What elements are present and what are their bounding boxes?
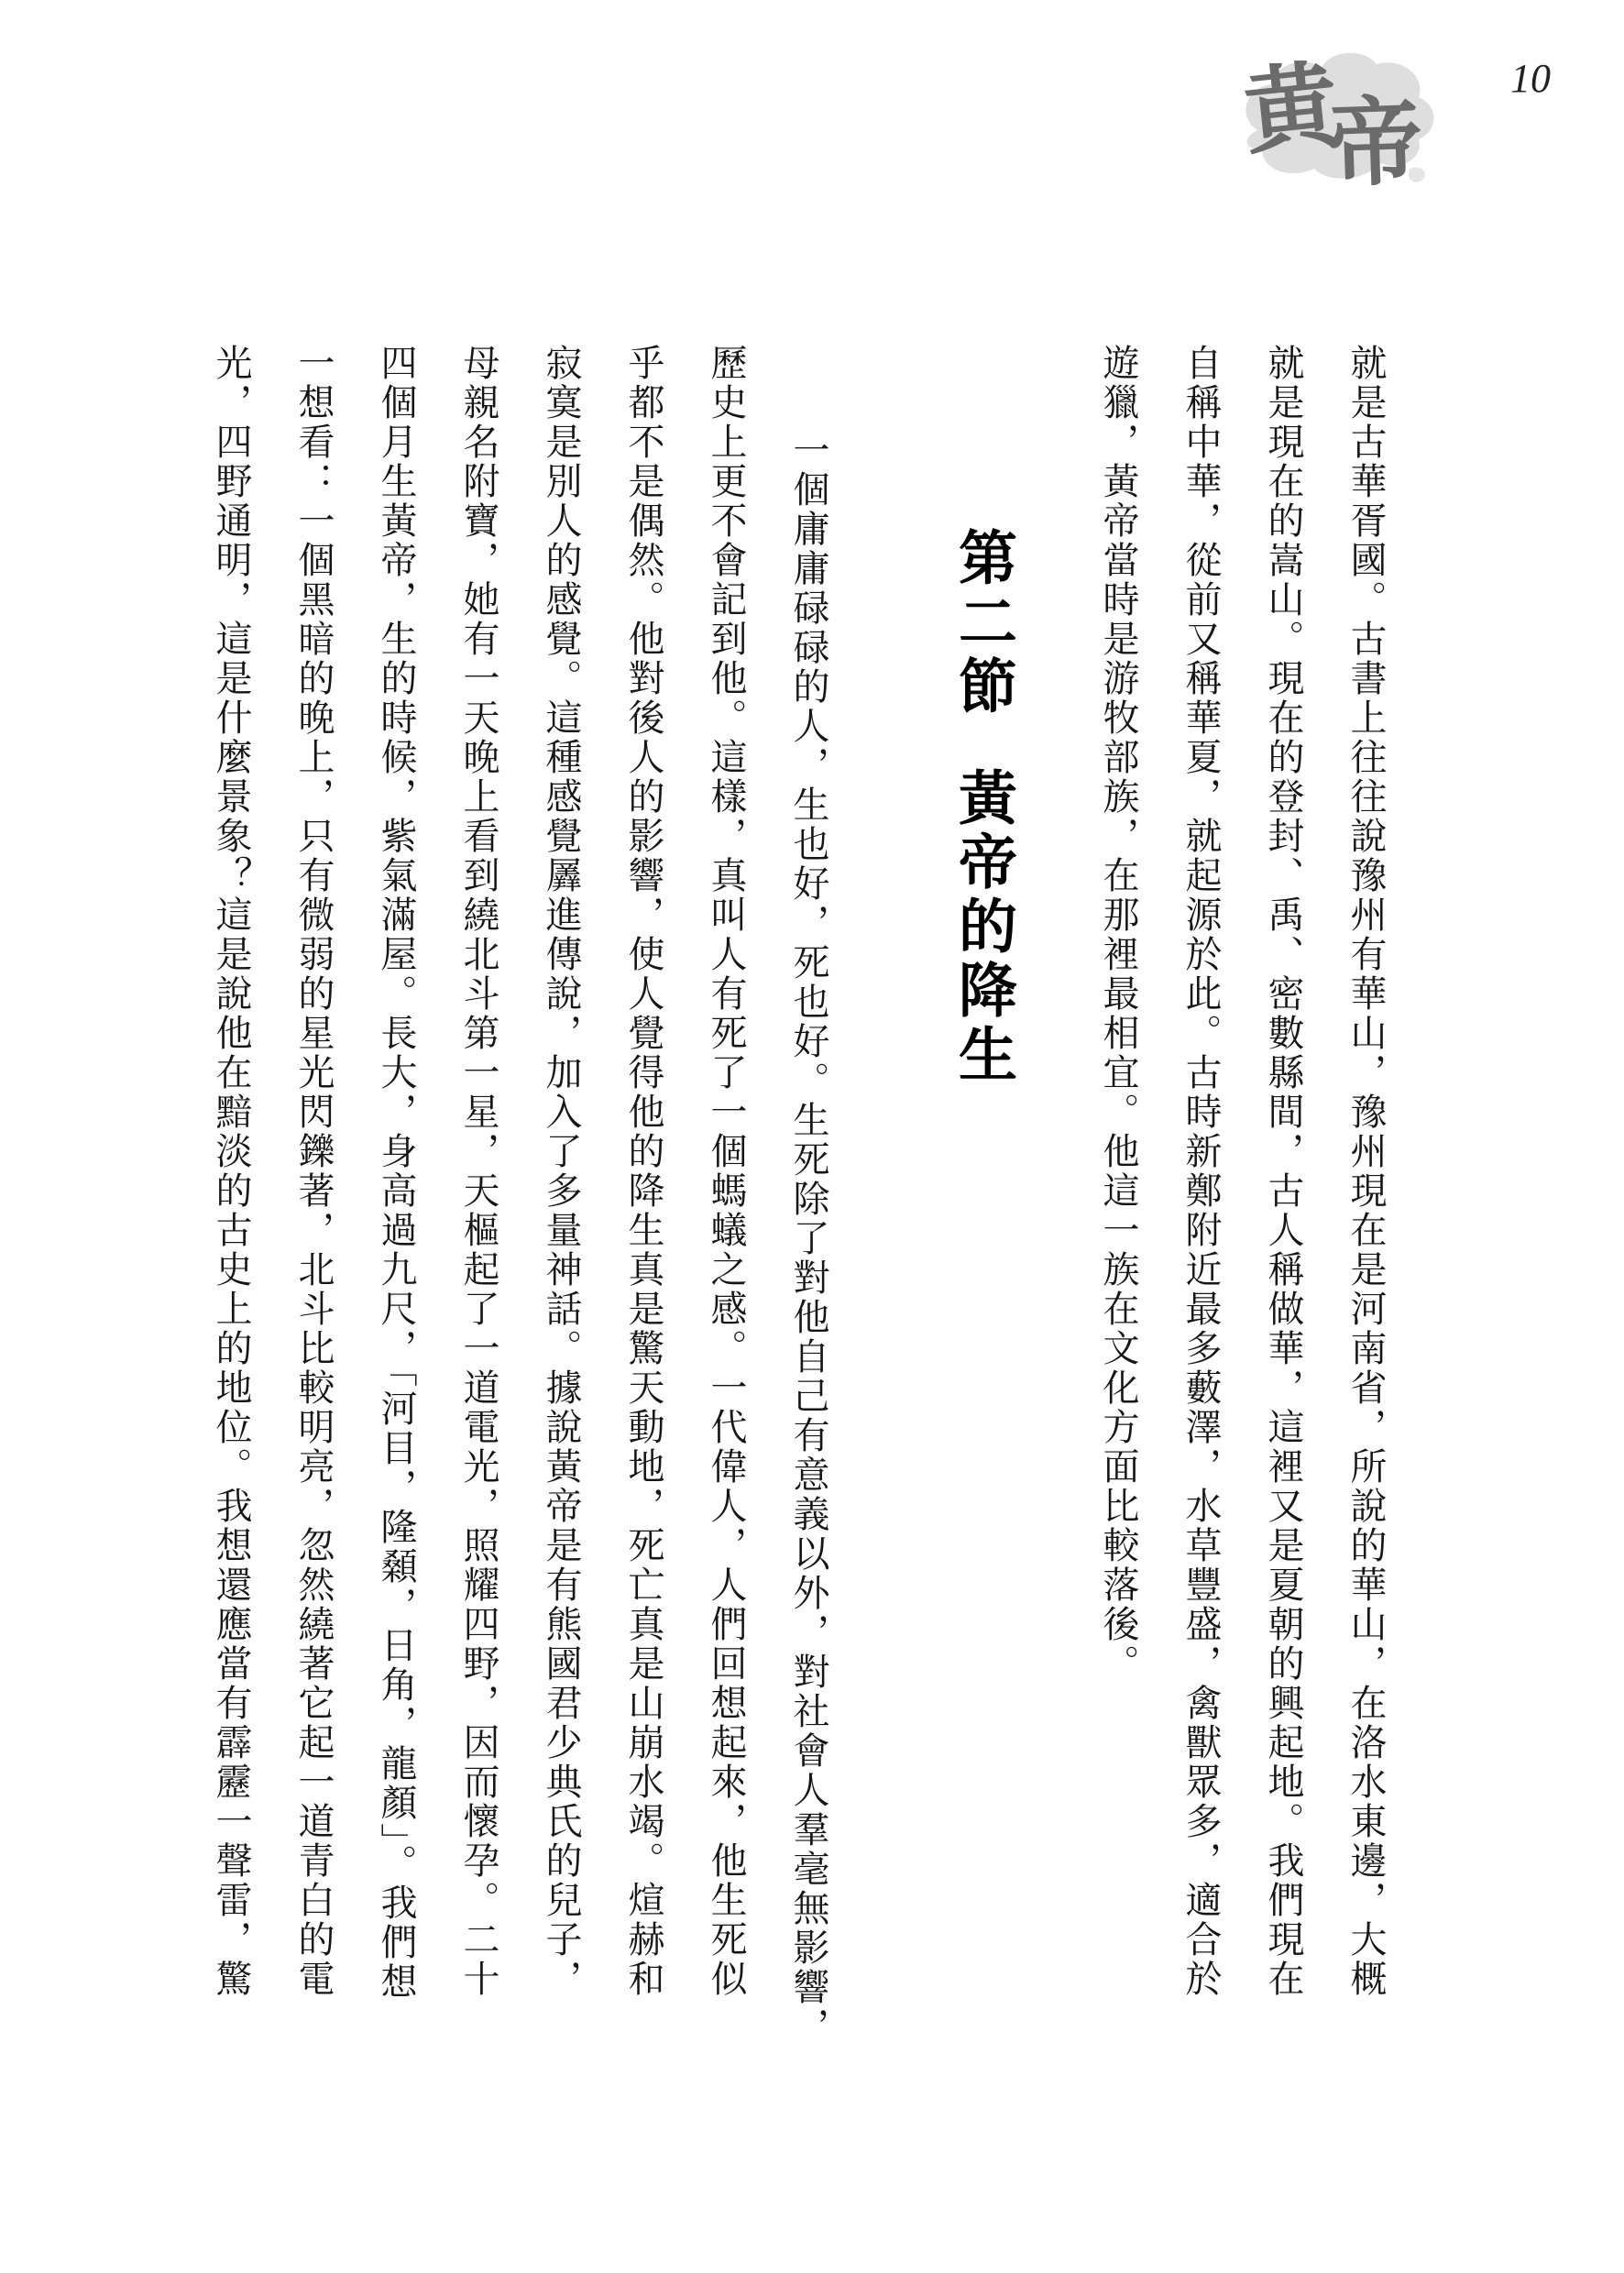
text-column: 一個庸庸碌碌的人，生也好，死也好。生死除了對他自己有意義以外，對社會人羣毫無影響… [767, 344, 850, 2048]
section-label: 第二節 [950, 527, 1016, 719]
heading-gap [982, 719, 984, 767]
text-column: 光，四野通明，這是什麼景象？這是說他在黯淡的古史上的地位。我想還應當有霹靂一聲雷… [190, 344, 272, 2048]
text-column: 歷史上更不會記到他。這樣，真叫人有死了一個螞蟻之感。一代偉人，人們回想起來，他生… [685, 344, 767, 2048]
vertical-text-block: 就是古華胥國。古書上往往說豫州有華山，豫州現在是河南省，所說的華山，在洛水東邊，… [190, 344, 1407, 2048]
text-column: 遊獵，黃帝當時是游牧部族，在那裡最相宜。他這一族在文化方面比較落後。 [1077, 344, 1159, 2048]
huangdi-watermark: 黄 帝 [1219, 40, 1457, 196]
page-number: 10 [1510, 55, 1551, 102]
text-column: 寂寞是別人的感覺。這種感覺羼進傳說，加入了多量神話。據說黃帝是有熊國君少典氏的兒… [520, 344, 602, 2048]
text-column: 母親名附寶，她有一天晚上看到繞北斗第一星，天樞起了一道電光，照耀四野，因而懷孕。… [437, 344, 520, 2048]
book-page: 黄 帝 10 就是古華胥國。古書上往往說豫州有華山，豫州現在是河南省，所說的華山… [0, 0, 1624, 2273]
text-column: 就是現在的嵩山。現在的登封、禹、密數縣間，古人稱做華，這裡又是夏朝的興起地。我們… [1242, 344, 1324, 2048]
section-title: 黃帝的降生 [950, 767, 1016, 1088]
watermark-char-di: 帝 [1325, 95, 1424, 194]
text-column: 一想看：一個黑暗的晚上，只有微弱的星光閃鑠著，北斗比較明亮，忽然繞著它起一道青白… [272, 344, 355, 2048]
text-column: 自稱中華，從前又稱華夏，就起源於此。古時新鄭附近最多藪澤，水草豐盛，禽獸眾多，適… [1159, 344, 1242, 2048]
text-column: 就是古華胥國。古書上往往說豫州有華山，豫州現在是河南省，所說的華山，在洛水東邊，… [1324, 344, 1407, 2048]
text-column: 四個月生黃帝，生的時候，紫氣滿屋。長大，身高過九尺，「河目，隆顙，日角，龍顏」。… [355, 344, 437, 2048]
text-column: 乎都不是偶然。他對後人的影響，使人覺得他的降生真是驚天動地，死亡真是山崩水竭。煊… [602, 344, 685, 2048]
section-heading: 第二節黃帝的降生 [938, 344, 1029, 2048]
